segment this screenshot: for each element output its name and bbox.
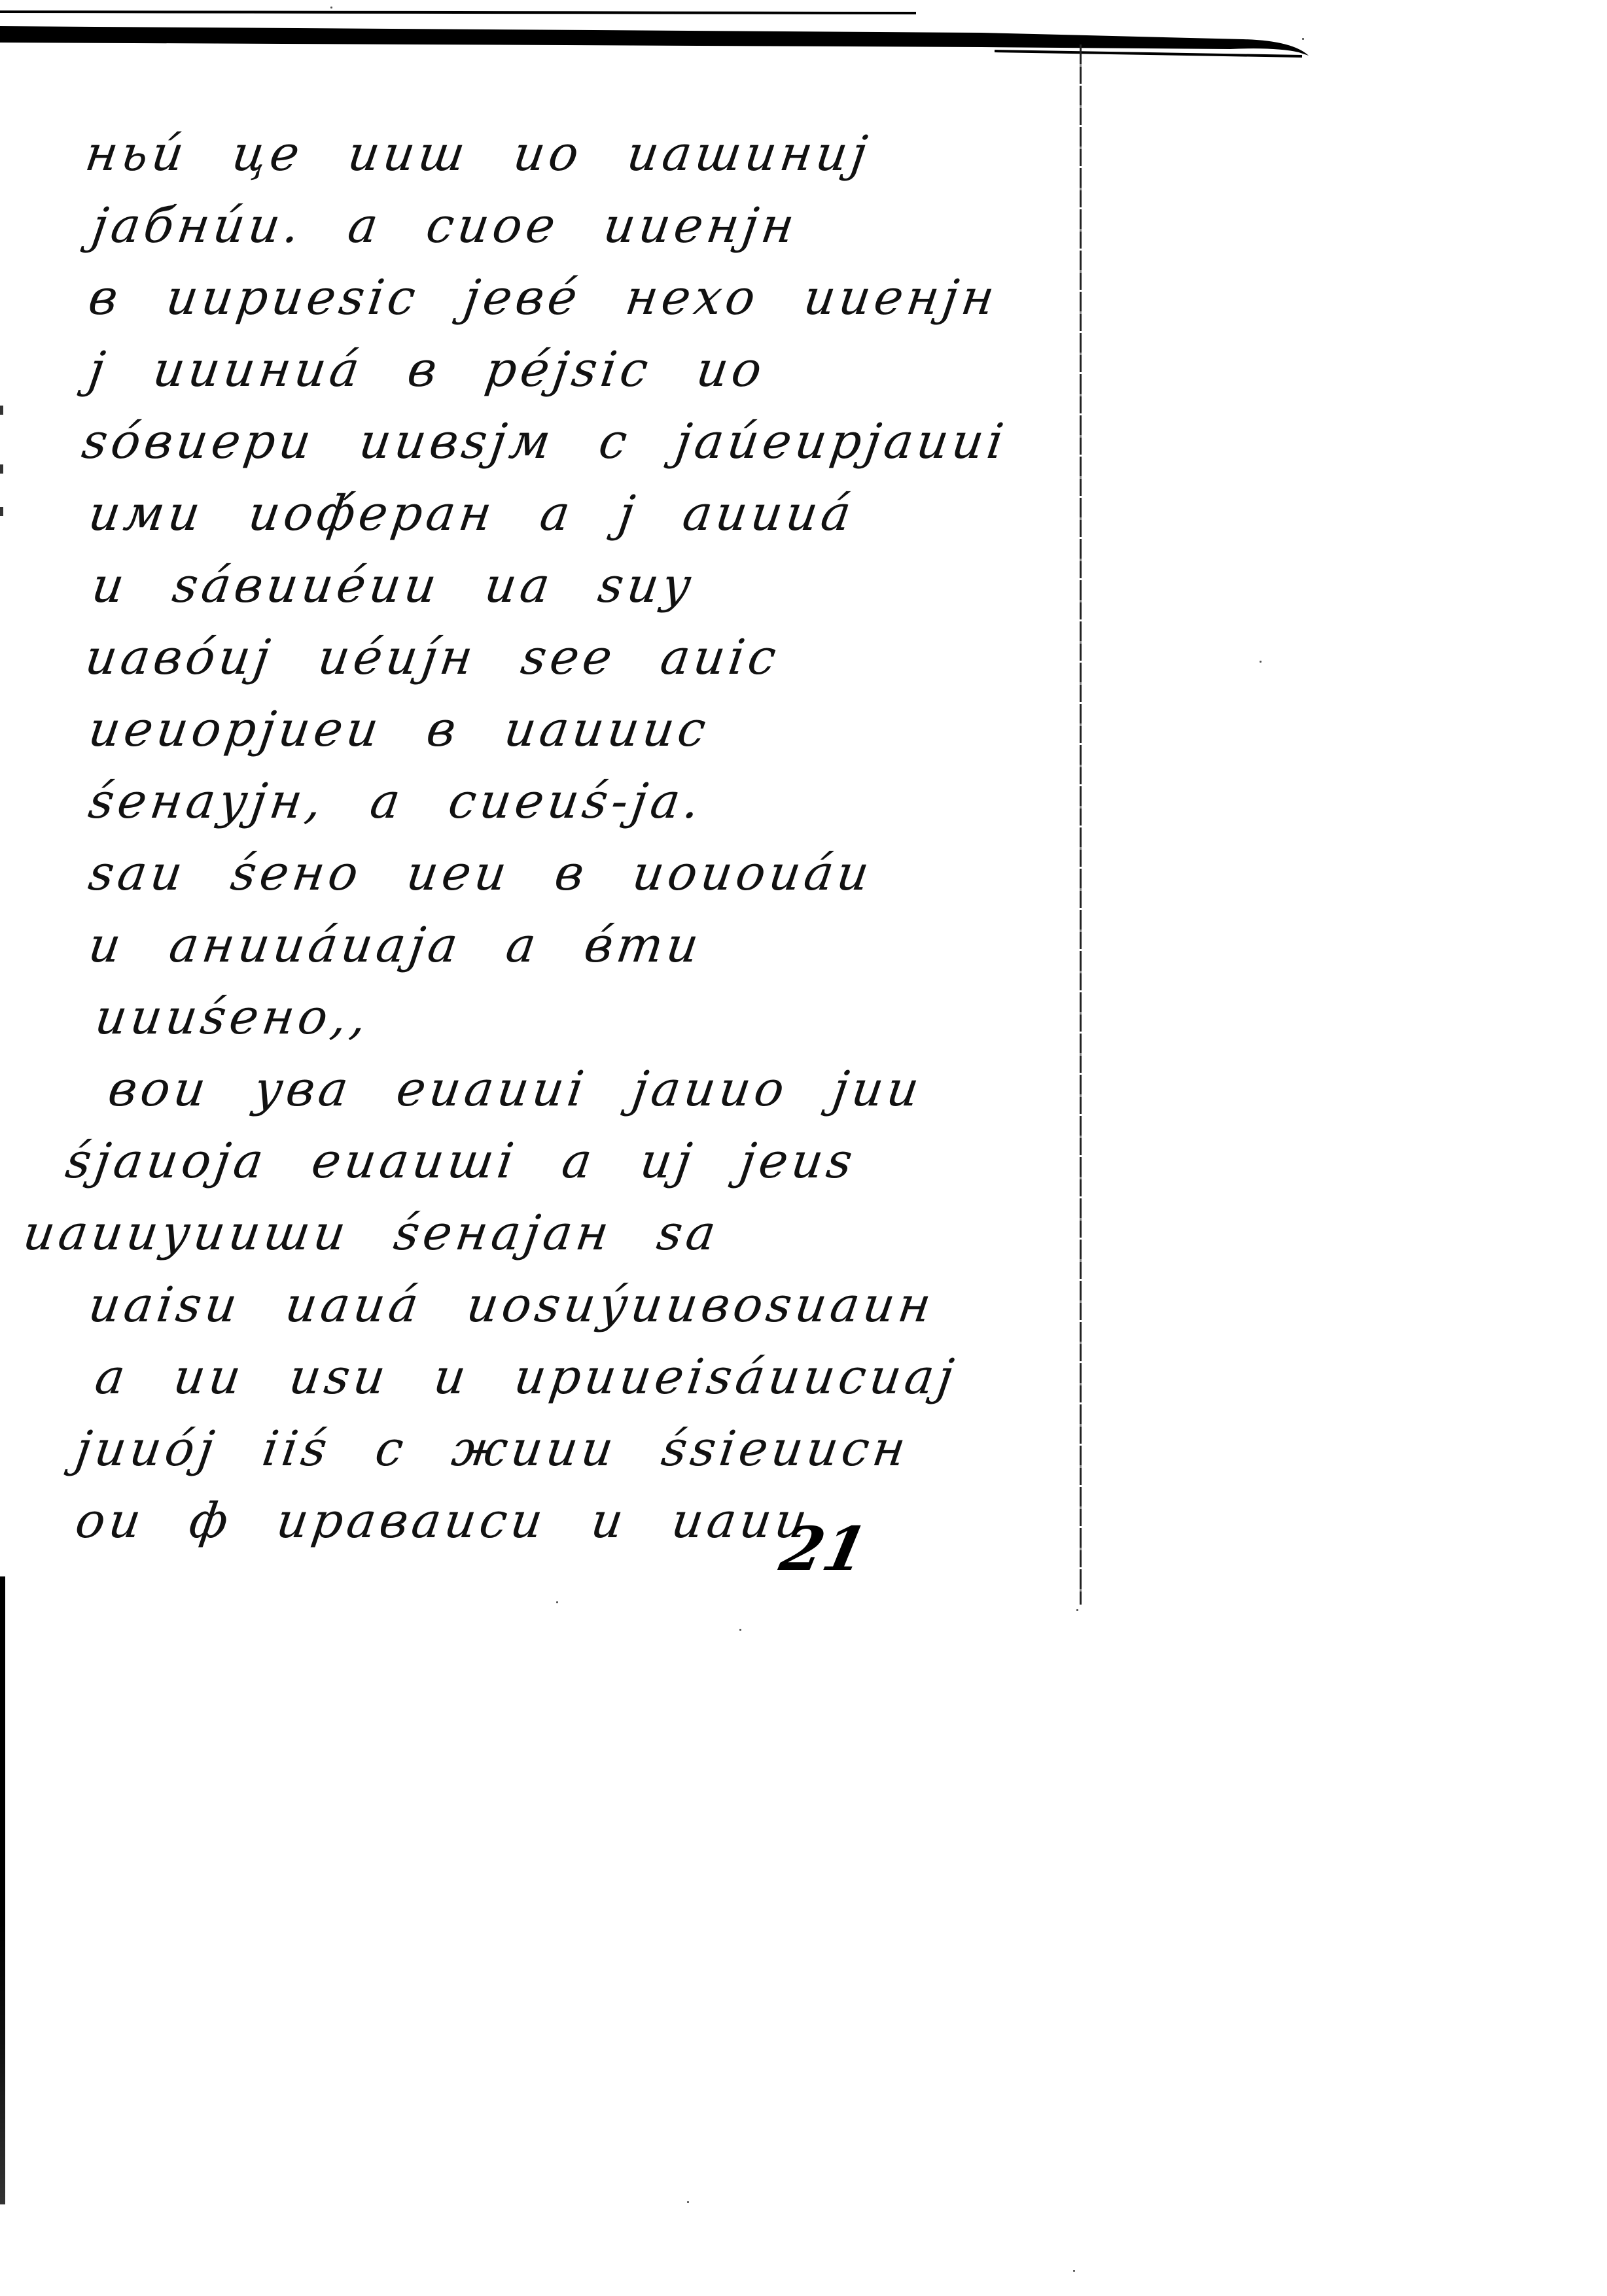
scan-speck [1302,38,1304,40]
text-line-10: ѕ́енаујн, а сиеиѕ́-ја. [85,772,707,831]
scan-edge-left-bar [0,1576,5,2204]
margin-divider-line [1080,44,1082,1605]
text-line-5: ѕо́виери иивѕјм с јаи́еирјаииі [79,412,1011,471]
text-line-6: ими иоф́еран а ј аиииа́ [85,484,858,543]
text-line-1: ньи́ це ииш ио иашиниј [82,124,874,183]
scan-speck [739,1629,741,1631]
scan-speck [1073,2270,1075,2272]
scan-speck [1076,1609,1078,1611]
text-line-8: иаво́иј ие́иј́н ѕее аиіс [82,628,783,687]
scan-edge-top-bar [0,0,1315,72]
scan-speck [556,1601,558,1603]
text-line-19: јиио́ј ііѕ́ с жиии ѕ́ѕіеиисн [72,1419,913,1478]
scan-edge-left-marks [0,392,4,589]
page-number: 21 [775,1516,872,1582]
text-line-18: а ии иѕи и ирииеіѕа́иисиај [92,1348,961,1406]
text-line-4: ј иииниа́ в ре́јѕіс ио [85,340,769,399]
text-line-12: и анииа́иаја а в́ти [85,916,706,975]
scan-speck [1260,661,1262,663]
scan-speck [687,2201,689,2203]
text-line-9: иеиорјиеи в иаииис [85,700,713,759]
text-line-16: иаииуииши ѕ́енајан ѕа [20,1204,723,1262]
text-line-2: јабни́и. а сиое ииенјн [88,196,802,255]
text-line-17: иаіѕи иаиа́ иоѕиу́иивоѕиаин [85,1276,938,1334]
text-line-14: вои ува еиаииі јаиио јии [105,1060,927,1119]
text-line-20: ои ф ираваиси и иаии [72,1491,815,1550]
text-line-7: и ѕа́виие́ии иа ѕиу [88,556,699,615]
scan-speck [330,7,332,9]
text-line-13: иииѕ́ено,, [92,988,374,1047]
text-line-15: ѕ́јаиоја еиаиші а иј јеиѕ [62,1132,860,1191]
scanned-page: ньи́ це ииш ио иашиниј јабни́и. а сиое и… [0,0,1607,2296]
text-line-3: в иириеѕіс јеве́ нехо ииенјн [85,268,1002,327]
text-line-11: ѕаи ѕ́ено иеи в иоиоиа́и [85,844,877,903]
